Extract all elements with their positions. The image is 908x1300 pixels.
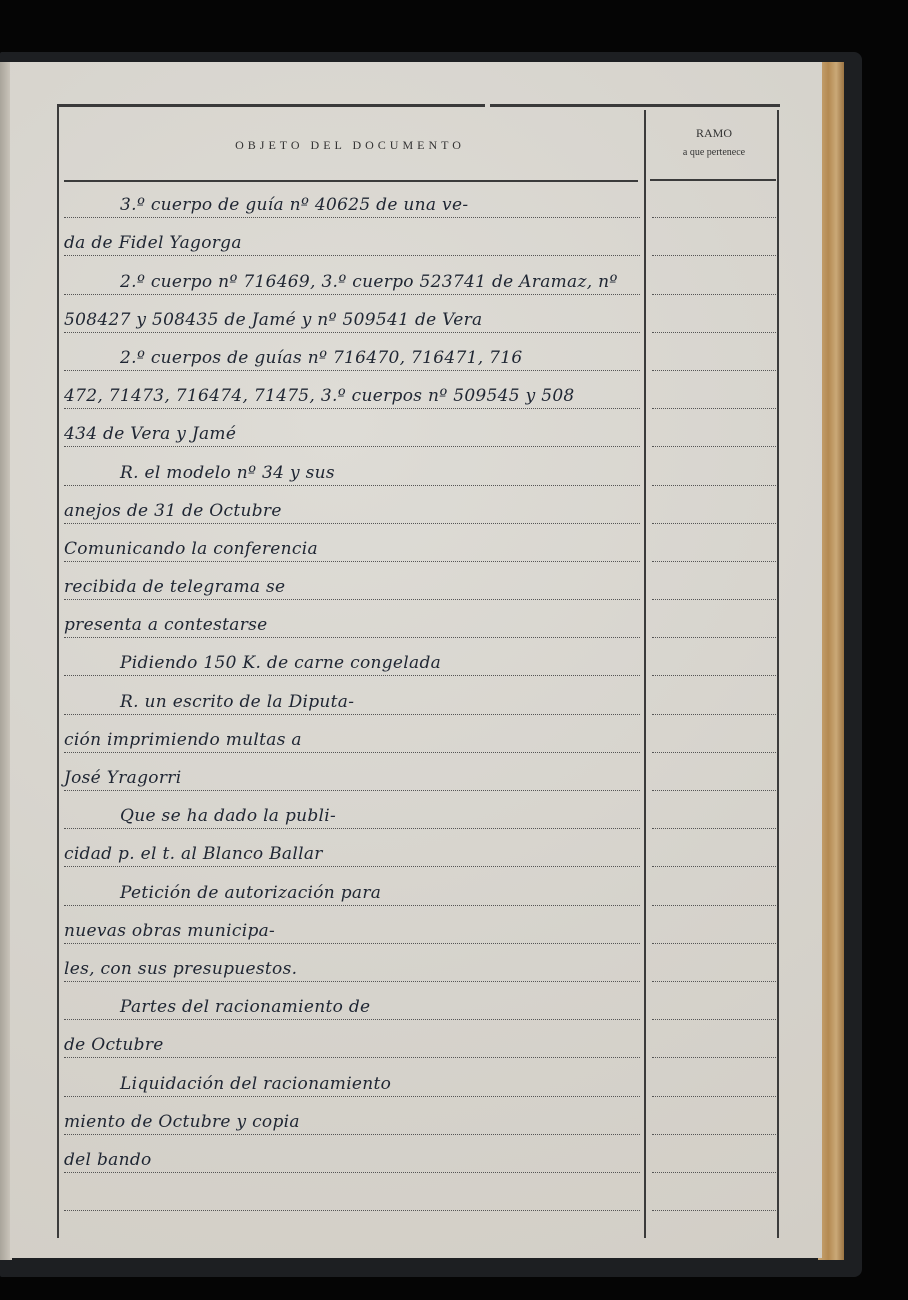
handwritten-entry: les, con sus presupuestos. bbox=[64, 959, 297, 979]
ramo-row bbox=[652, 944, 776, 982]
handwritten-entry: de Octubre bbox=[64, 1035, 164, 1055]
ramo-row bbox=[652, 333, 776, 371]
handwritten-entry: nuevas obras municipa- bbox=[64, 921, 275, 941]
ledger-row: cidad p. el t. al Blanco Ballar bbox=[64, 829, 640, 867]
ledger-row: del bando bbox=[64, 1135, 640, 1173]
ledger-row: anejos de 31 de Octubre bbox=[64, 486, 640, 524]
ramo-title: RAMO bbox=[650, 126, 778, 141]
handwritten-entry: R. el modelo nº 34 y sus bbox=[120, 463, 335, 483]
ramo-row bbox=[652, 218, 776, 256]
ledger-row: Comunicando la conferencia bbox=[64, 524, 640, 562]
ramo-row bbox=[652, 1173, 776, 1211]
ramo-row bbox=[652, 791, 776, 829]
handwritten-entry: 2.º cuerpos de guías nº 716470, 716471, … bbox=[120, 348, 523, 368]
handwritten-entry: anejos de 31 de Octubre bbox=[64, 501, 282, 521]
ledger-row: les, con sus presupuestos. bbox=[64, 944, 640, 982]
ramo-row bbox=[652, 867, 776, 905]
handwritten-entry: Comunicando la conferencia bbox=[64, 539, 318, 559]
ledger-row: Petición de autorización para bbox=[64, 867, 640, 905]
entries-column: 3.º cuerpo de guía nº 40625 de una ve-da… bbox=[64, 180, 640, 1211]
ledger-row: R. un escrito de la Diputa- bbox=[64, 676, 640, 714]
frame-right-rule bbox=[777, 110, 779, 1238]
ledger-row: 2.º cuerpo nº 716469, 3.º cuerpo 523741 … bbox=[64, 256, 640, 294]
ramo-row bbox=[652, 295, 776, 333]
ramo-row bbox=[652, 829, 776, 867]
handwritten-entry: 3.º cuerpo de guía nº 40625 de una ve- bbox=[120, 195, 468, 215]
ledger-row: 434 de Vera y Jamé bbox=[64, 409, 640, 447]
handwritten-entry: Pidiendo 150 K. de carne congelada bbox=[120, 653, 441, 673]
ledger-row: presenta a contestarse bbox=[64, 600, 640, 638]
ramo-row bbox=[652, 982, 776, 1020]
ledger-row: recibida de telegrama se bbox=[64, 562, 640, 600]
ledger-row: ción imprimiendo multas a bbox=[64, 715, 640, 753]
handwritten-entry: Partes del racionamiento de bbox=[120, 997, 370, 1017]
frame-top-rule bbox=[57, 104, 485, 107]
handwritten-entry: 508427 y 508435 de Jamé y nº 509541 de V… bbox=[64, 310, 482, 330]
ramo-row bbox=[652, 906, 776, 944]
ramo-row bbox=[652, 524, 776, 562]
frame-left-rule bbox=[57, 106, 59, 1238]
ramo-row bbox=[652, 1135, 776, 1173]
ledger-row: Pidiendo 150 K. de carne congelada bbox=[64, 638, 640, 676]
ramo-row bbox=[652, 180, 776, 218]
handwritten-entry: recibida de telegrama se bbox=[64, 577, 285, 597]
ramo-row bbox=[652, 256, 776, 294]
ramo-row bbox=[652, 715, 776, 753]
column-header-objeto: OBJETO DEL DOCUMENTO bbox=[60, 138, 640, 153]
ledger-row: 508427 y 508435 de Jamé y nº 509541 de V… bbox=[64, 295, 640, 333]
ledger-row: José Yragorri bbox=[64, 753, 640, 791]
ledger-row: 3.º cuerpo de guía nº 40625 de una ve- bbox=[64, 180, 640, 218]
handwritten-entry: José Yragorri bbox=[64, 768, 181, 788]
handwritten-entry: da de Fidel Yagorga bbox=[64, 233, 242, 253]
ledger-row: de Octubre bbox=[64, 1020, 640, 1058]
handwritten-entry: Petición de autorización para bbox=[120, 883, 381, 903]
ledger-row bbox=[64, 1173, 640, 1211]
ramo-row bbox=[652, 562, 776, 600]
handwritten-entry: del bando bbox=[64, 1150, 152, 1170]
ledger-row: 2.º cuerpos de guías nº 716470, 716471, … bbox=[64, 333, 640, 371]
frame-top-rule-right bbox=[490, 104, 780, 107]
handwritten-entry: presenta a contestarse bbox=[64, 615, 268, 635]
ramo-row bbox=[652, 676, 776, 714]
ramo-row bbox=[652, 1020, 776, 1058]
ledger-row: Liquidación del racionamiento bbox=[64, 1058, 640, 1096]
ramo-row bbox=[652, 638, 776, 676]
ramo-row bbox=[652, 1058, 776, 1096]
handwritten-entry: cidad p. el t. al Blanco Ballar bbox=[64, 844, 323, 864]
handwritten-entry: miento de Octubre y copia bbox=[64, 1112, 300, 1132]
handwritten-entry: 472, 71473, 716474, 71475, 3.º cuerpos n… bbox=[64, 386, 575, 406]
handwritten-entry: Que se ha dado la publi- bbox=[120, 806, 336, 826]
ledger-row: nuevas obras municipa- bbox=[64, 906, 640, 944]
ramo-row bbox=[652, 753, 776, 791]
ledger-row: 472, 71473, 716474, 71475, 3.º cuerpos n… bbox=[64, 371, 640, 409]
ledger-row: Que se ha dado la publi- bbox=[64, 791, 640, 829]
ramo-column bbox=[652, 180, 776, 1211]
column-header-ramo: RAMO a que pertenece bbox=[650, 126, 778, 158]
ledger-row: da de Fidel Yagorga bbox=[64, 218, 640, 256]
ledger-row: R. el modelo nº 34 y sus bbox=[64, 447, 640, 485]
column-divider bbox=[644, 110, 646, 1238]
ramo-row bbox=[652, 447, 776, 485]
handwritten-entry: 434 de Vera y Jamé bbox=[64, 424, 236, 444]
ramo-row bbox=[652, 371, 776, 409]
handwritten-entry: R. un escrito de la Diputa- bbox=[120, 692, 354, 712]
handwritten-entry: 2.º cuerpo nº 716469, 3.º cuerpo 523741 … bbox=[120, 272, 618, 292]
ledger-row: miento de Octubre y copia bbox=[64, 1097, 640, 1135]
ledger-row: Partes del racionamiento de bbox=[64, 982, 640, 1020]
ramo-row bbox=[652, 600, 776, 638]
ramo-row bbox=[652, 409, 776, 447]
ramo-subtitle: a que pertenece bbox=[650, 147, 778, 158]
ramo-row bbox=[652, 486, 776, 524]
handwritten-entry: Liquidación del racionamiento bbox=[120, 1074, 391, 1094]
handwritten-entry: ción imprimiendo multas a bbox=[64, 730, 302, 750]
ramo-row bbox=[652, 1097, 776, 1135]
